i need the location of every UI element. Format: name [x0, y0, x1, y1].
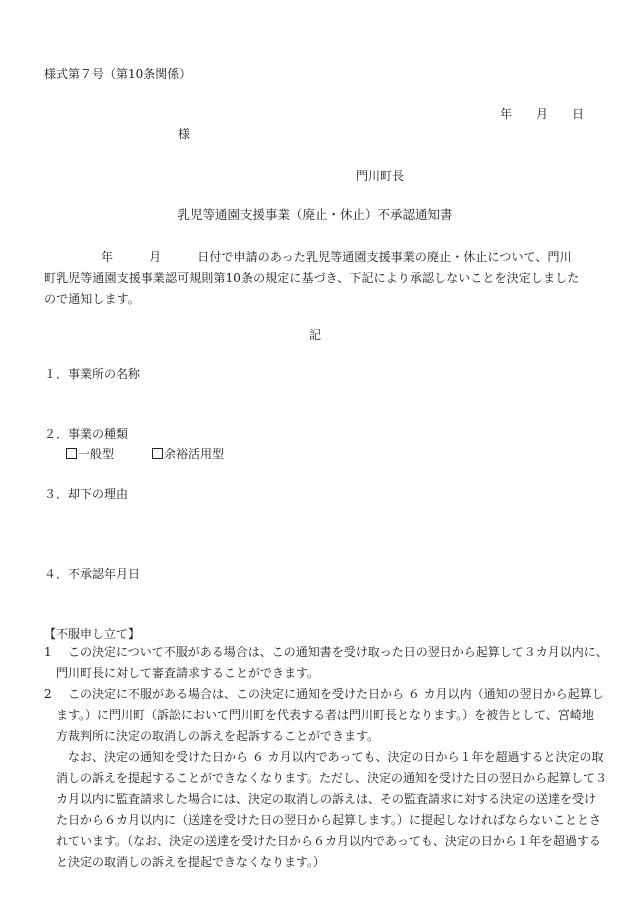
business-type-options: 一般型余裕活用型 [66, 448, 224, 460]
appeal-clause-1: 1この決定について不服がある場合は、この通知書を受け取った日の翌日から起算して３… [44, 642, 604, 684]
date-year-label: 年 [500, 108, 512, 120]
item-rejection-reason: ３．却下の理由 [44, 488, 128, 500]
issue-date: 年月日 [500, 108, 584, 120]
addressee-suffix: 様 [178, 128, 190, 140]
appeal-note: なお、決定の通知を受けた日から ６ カ月以内であっても、決定の日から１年を超過す… [44, 747, 604, 768]
ki-heading: 記 [309, 329, 321, 341]
appeal-heading: 【不服申し立て】 [44, 628, 140, 640]
option-surplus-use[interactable]: 余裕活用型 [152, 448, 224, 460]
clause-number: 2 [44, 684, 68, 705]
item-business-type: ２．事業の種類 [44, 428, 128, 440]
document-title: 乳児等通園支援事業（廃止・休止）不承認通知書 [0, 209, 630, 222]
checkbox-icon[interactable] [152, 448, 163, 459]
issuer-name: 門川町長 [356, 170, 404, 182]
item-disapproval-date: ４．不承認年月日 [44, 568, 140, 580]
notice-body-line-3: ので通知します。 [44, 289, 590, 310]
checkbox-icon[interactable] [66, 448, 77, 459]
appeal-clause-2: 2この決定に不服がある場合は、この決定に通知を受けた日から ６ カ月以内（通知の… [44, 684, 604, 873]
form-number-label: 様式第７号（第10条関係） [44, 68, 191, 80]
date-day-label: 日 [572, 108, 584, 120]
notice-body-line-2: 町乳児等通園支援事業認可規則第10条の規定に基づき、下記により承認しないことを決… [44, 268, 590, 289]
item-facility-name: １．事業所の名称 [44, 368, 140, 380]
date-month-label: 月 [536, 108, 548, 120]
notice-body: 年月日付で申請のあった乳児等通園支援事業の廃止・休止について、門川 町乳児等通園… [44, 247, 590, 310]
clause-number: 1 [44, 642, 68, 663]
option-general[interactable]: 一般型 [66, 448, 114, 460]
notice-body-line-1: 年月日付で申請のあった乳児等通園支援事業の廃止・休止について、門川 [44, 247, 590, 268]
